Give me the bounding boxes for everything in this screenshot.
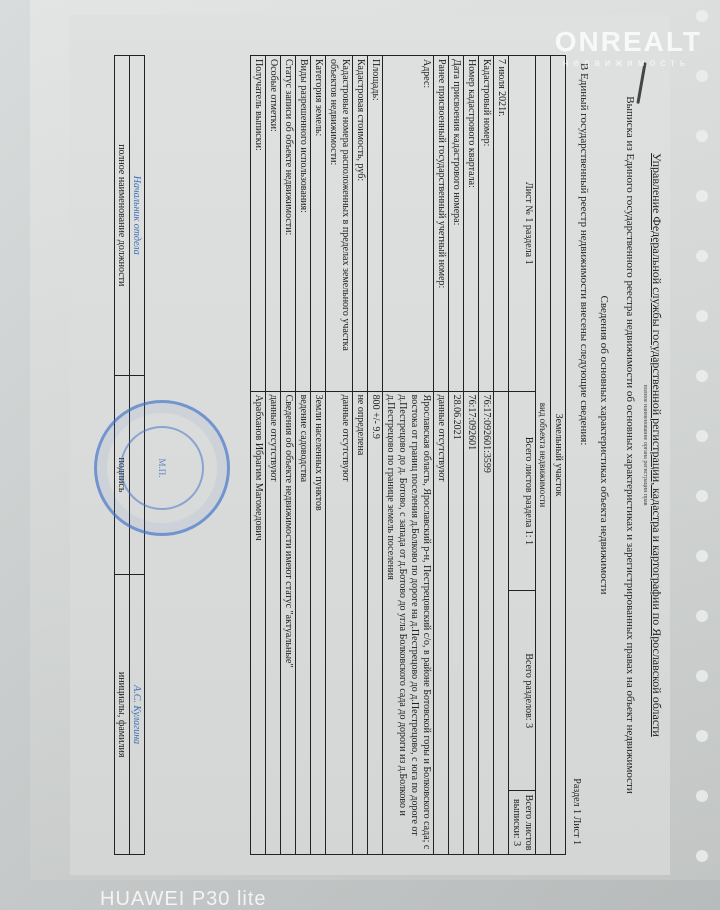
field-label: Адрес:	[383, 56, 434, 392]
watermark-tagline: недвижимость	[563, 58, 690, 69]
field-value: 800 +/- 9.9	[368, 391, 383, 854]
object-type-caption: вид объекта недвижимости	[536, 56, 551, 855]
extract-date: 7 июля 2021г.	[494, 56, 509, 392]
camera-watermark: HUAWEI P30 lite	[100, 888, 267, 910]
document-subtitle: Сведения об основных характеристиках объ…	[598, 15, 610, 875]
field-label: Площадь:	[368, 56, 383, 392]
sheets-total: Всего листов выписки: 3	[509, 791, 536, 855]
field-value: Земли населенных пунктов	[311, 391, 326, 854]
field-row: Получатель выписки:Арабханов Ибрагим Маг…	[251, 56, 266, 855]
official-stamp: М.П.	[94, 400, 230, 536]
position-caption: полное наименование должности	[115, 56, 130, 376]
field-value: данные отсутствуют	[326, 391, 353, 854]
field-label: Ранее присвоенный государственный учетны…	[434, 56, 449, 392]
sheet-info-row: Лист № 1 раздела 1 Всего листов раздела …	[509, 56, 536, 855]
watermark-logo: ONREALT	[555, 26, 702, 58]
object-type: Земельный участок	[551, 56, 566, 855]
name-handwritten: А.С. Кулагина	[130, 575, 145, 855]
field-row: Кадастровая стоимость, руб:не определена	[353, 56, 368, 855]
field-value: данные отсутствуют	[434, 391, 449, 854]
field-value: 28.06.2021	[449, 391, 464, 854]
position-handwritten: Начальник отдела	[130, 56, 145, 376]
field-value: данные отсутствуют	[266, 391, 281, 854]
binder-holes	[696, 10, 712, 870]
field-row: Номер кадастрового квартала:76:17:092601	[464, 56, 479, 855]
field-row: Дата присвоения кадастрового номера:28.0…	[449, 56, 464, 855]
organization-name: Управление Федеральной службы государств…	[649, 15, 664, 875]
name-caption: инициалы, фамилия	[115, 575, 130, 855]
field-value: Сведения об объекте недвижимости имеют с…	[281, 391, 296, 854]
field-label: Получатель выписки:	[251, 56, 266, 392]
field-row: Площадь:800 +/- 9.9	[368, 56, 383, 855]
field-value: 76:17:092601	[464, 391, 479, 854]
object-type-row: Земельный участок	[551, 56, 566, 855]
field-row: Кадастровый номер:76:17:092601:3599	[479, 56, 494, 855]
field-row: Особые отметки:данные отсутствуют	[266, 56, 281, 855]
field-row: Ранее присвоенный государственный учетны…	[434, 56, 449, 855]
stamp-emblem-icon: М.П.	[120, 426, 204, 510]
field-row: Статус записи об объекте недвижимости:Св…	[281, 56, 296, 855]
field-label: Кадастровые номера расположенных в преде…	[326, 56, 353, 392]
field-label: Категория земель:	[311, 56, 326, 392]
field-label: Номер кадастрового квартала:	[464, 56, 479, 392]
section-reference: Раздел 1 Лист 1	[571, 778, 582, 845]
document-page: Управление Федеральной службы государств…	[70, 15, 670, 875]
field-value: 76:17:092601:3599	[479, 391, 494, 854]
sections-total: Всего разделов: 3	[509, 591, 536, 791]
field-value: Ярославская область, Ярославский р-н, Пе…	[383, 391, 434, 854]
characteristics-table: Земельный участок вид объекта недвижимос…	[250, 55, 566, 855]
field-row: Виды разрешенного использования:ведение …	[296, 56, 311, 855]
field-label: Статус записи об объекте недвижимости:	[281, 56, 296, 392]
object-type-caption-row: вид объекта недвижимости	[536, 56, 551, 855]
field-label: Особые отметки:	[266, 56, 281, 392]
field-value: ведение садоводства	[296, 391, 311, 854]
organization-caption: полное наименование органа регистрации п…	[642, 15, 648, 875]
field-row: Кадастровые номера расположенных в преде…	[326, 56, 353, 855]
sheet-number: Лист № 1 раздела 1	[509, 56, 536, 392]
stamp-text: М.П.	[157, 458, 167, 477]
date-row: 7 июля 2021г.	[494, 56, 509, 855]
field-row: Категория земель:Земли населенных пункто…	[311, 56, 326, 855]
field-row: Адрес:Ярославская область, Ярославский р…	[383, 56, 434, 855]
field-value: не определена	[353, 391, 368, 854]
sheets-in-section: Всего листов раздела 1: 1	[509, 391, 536, 591]
document-title: Выписка из Единого государственного реес…	[624, 15, 636, 875]
field-label: Виды разрешенного использования:	[296, 56, 311, 392]
intro-text: В Единый государственный реестр недвижим…	[578, 63, 590, 445]
field-label: Кадастровая стоимость, руб:	[353, 56, 368, 392]
field-label: Кадастровый номер:	[479, 56, 494, 392]
field-value: Арабханов Ибрагим Магомедович	[251, 391, 266, 854]
field-label: Дата присвоения кадастрового номера:	[449, 56, 464, 392]
